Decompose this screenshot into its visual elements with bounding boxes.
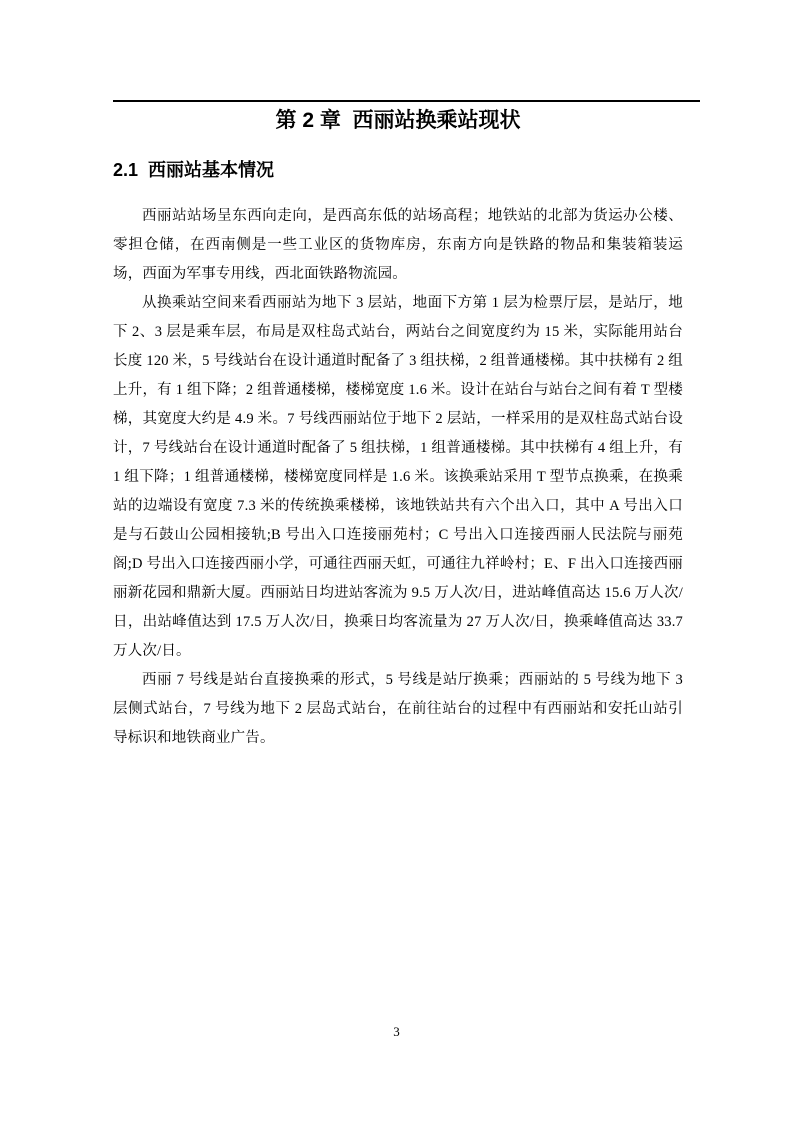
body-paragraph-1: 西丽站站场呈东西向走向，是西高东低的站场高程；地铁站的北部为货运办公楼、零担仓储…	[113, 202, 683, 289]
chapter-title: 第 2 章 西丽站换乘站现状	[113, 106, 683, 136]
body-paragraph-2: 从换乘站空间来看西丽站为地下 3 层站，地面下方第 1 层为检票厅层，是站厅，地…	[113, 289, 683, 666]
section-heading: 2.1 西丽站基本情况	[113, 156, 683, 184]
body-paragraph-3: 西丽 7 号线是站台直接换乘的形式，5 号线是站厅换乘；西丽站的 5 号线为地下…	[113, 666, 683, 753]
document-page: 第 2 章 西丽站换乘站现状 2.1 西丽站基本情况 西丽站站场呈东西向走向，是…	[0, 0, 793, 1122]
page-content: 第 2 章 西丽站换乘站现状 2.1 西丽站基本情况 西丽站站场呈东西向走向，是…	[113, 0, 683, 753]
page-number: 3	[0, 1022, 793, 1042]
